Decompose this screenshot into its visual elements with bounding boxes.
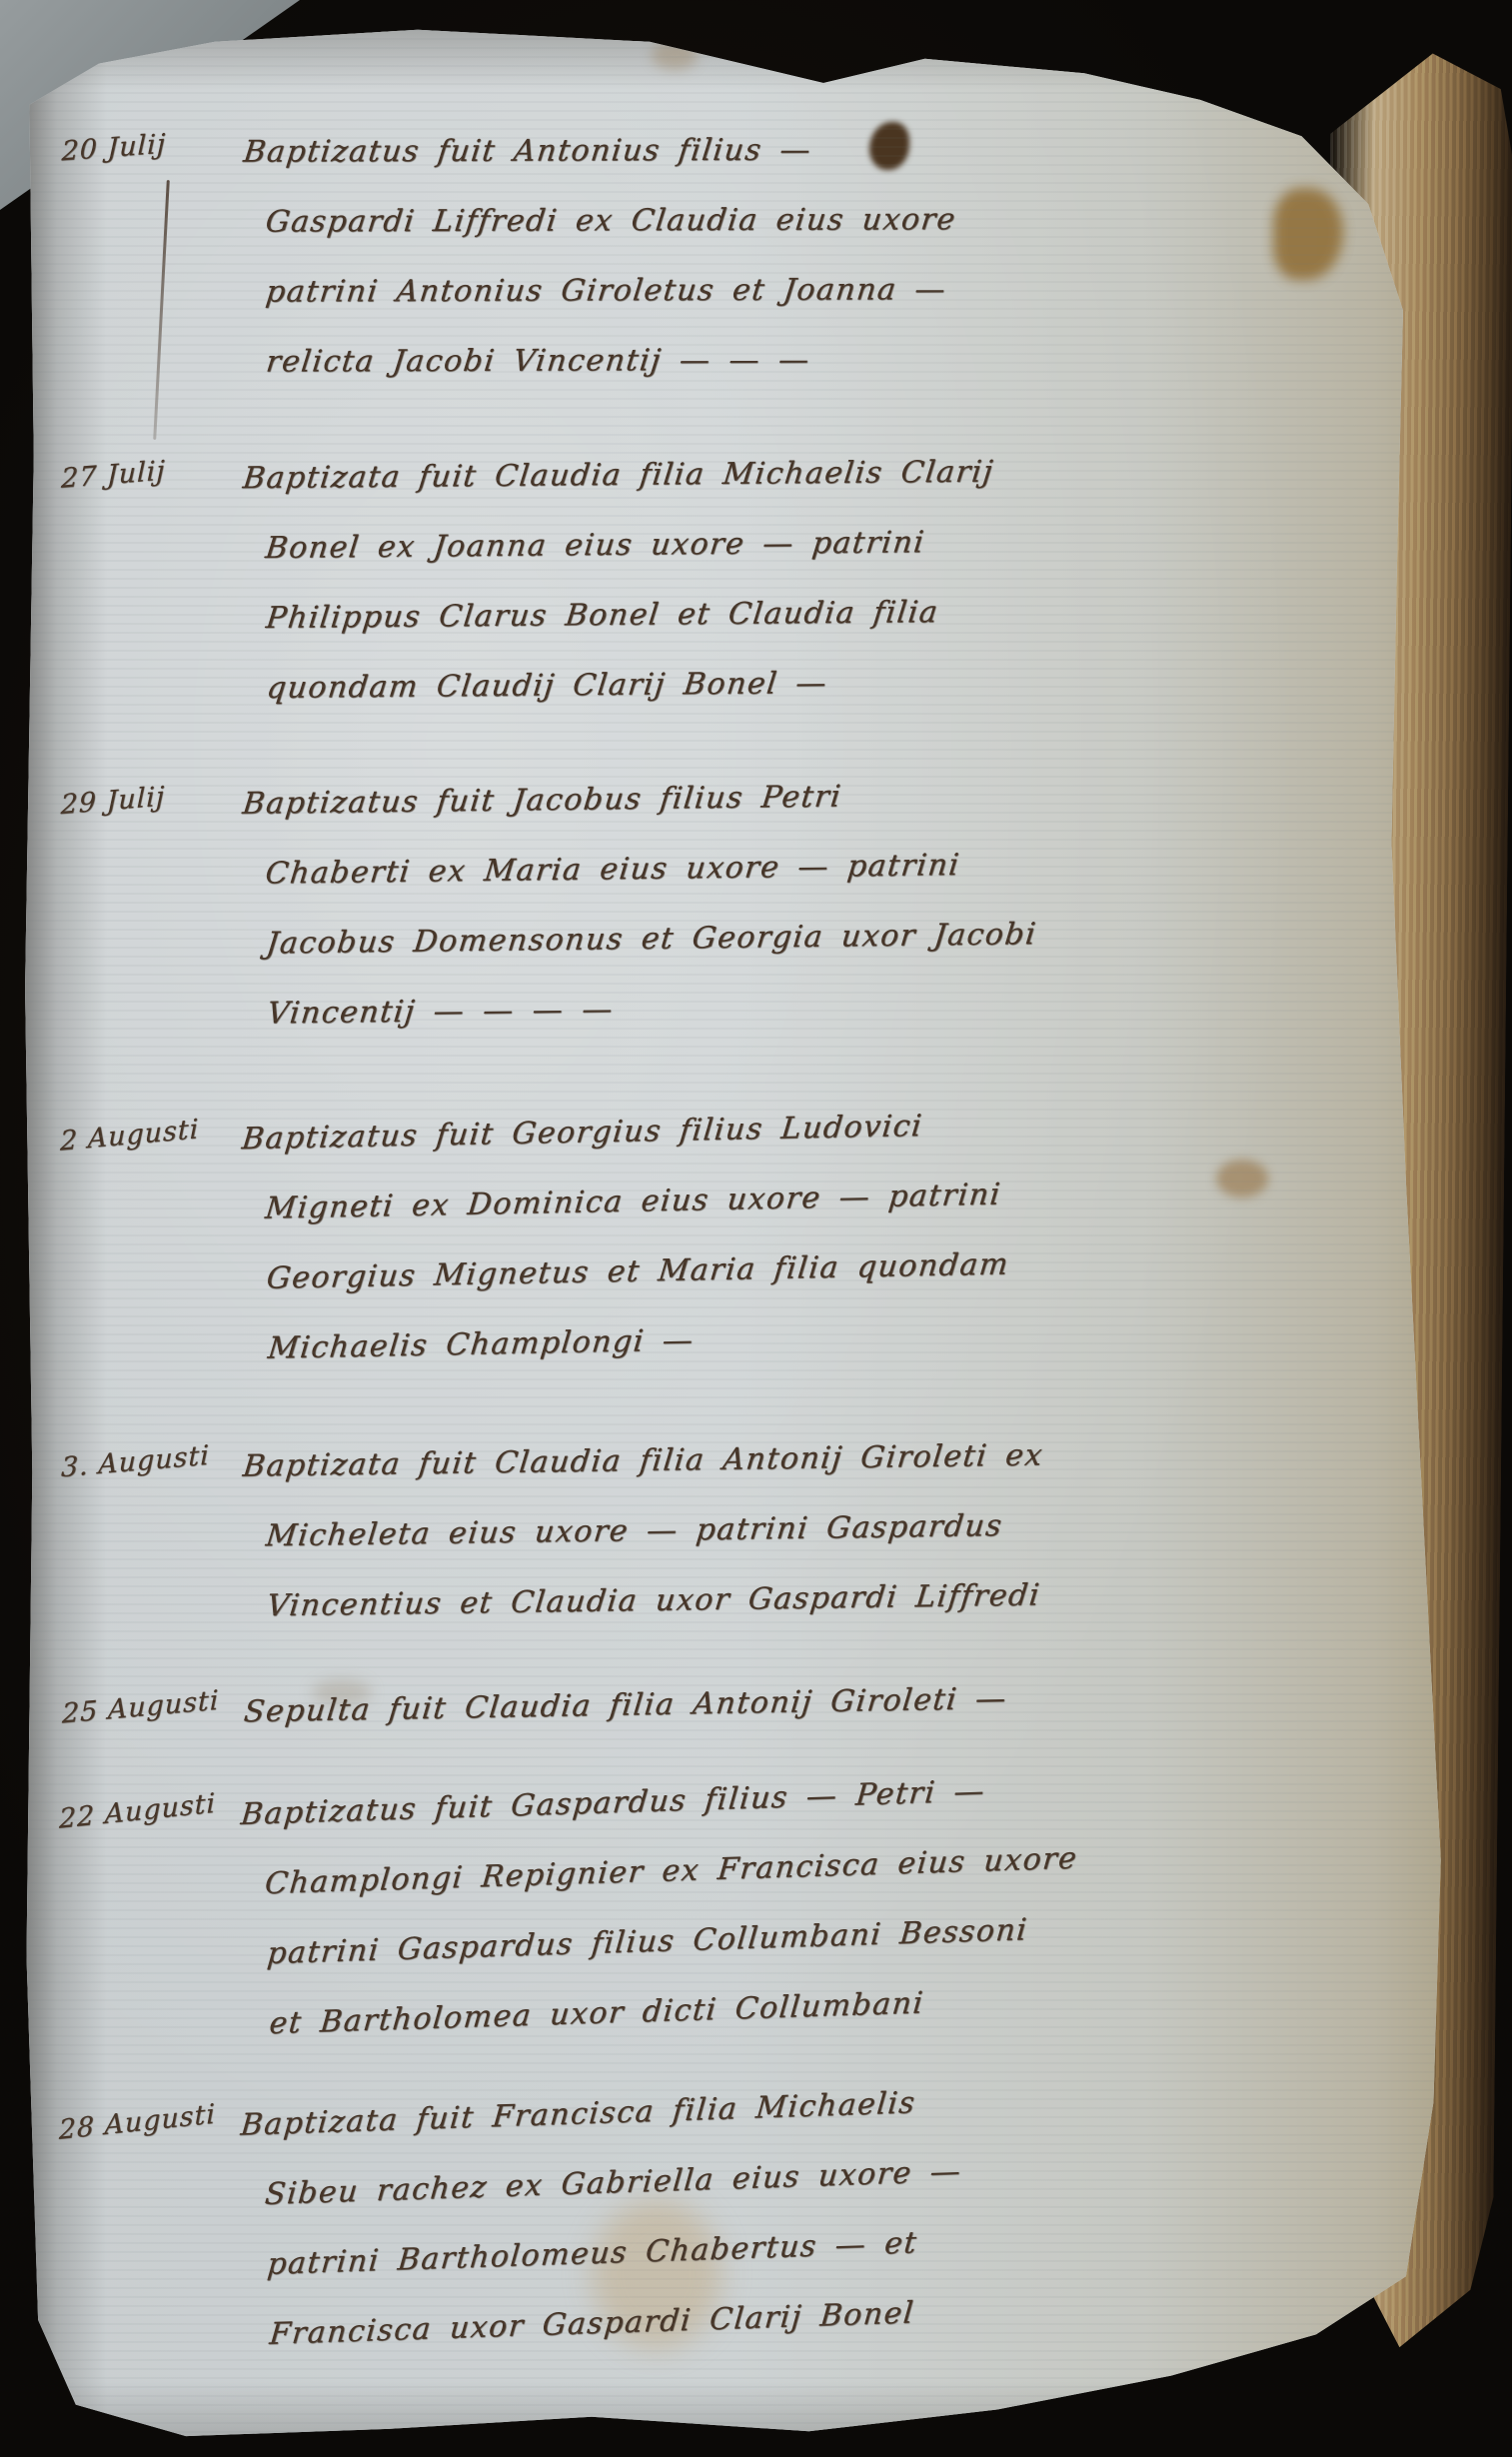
- register-entry: 27 Julij Baptizata fuit Claudia filia Mi…: [51, 434, 1382, 726]
- entry-date: 3. Augusti: [51, 1425, 243, 1484]
- register-entry: 22 Augusti Baptizatus fuit Gaspardus fil…: [48, 1744, 1385, 2066]
- entry-text: Baptizatus fuit Antonius filius —Gaspard…: [244, 114, 1382, 398]
- entry-date: 20 Julij: [51, 111, 244, 168]
- register-entry: 29 Julij Baptizatus fuit Jacobus filius …: [50, 756, 1382, 1052]
- register-entry: 3. Augusti Baptizata fuit Claudia filia …: [51, 1416, 1383, 1645]
- register-line: Gaspardi Liffredi ex Claudia eius uxore: [240, 184, 1385, 258]
- foxing-spot: [652, 40, 698, 70]
- register-line: Baptizatus fuit Antonius filius —: [239, 114, 1384, 188]
- entry-date: 22 Augusti: [49, 1773, 240, 1836]
- register-entry: 28 Augusti Baptizata fuit Francisca fili…: [48, 2053, 1386, 2377]
- entry-text: Sepulta fuit Claudia filia Antonij Girol…: [243, 1657, 1381, 1747]
- entry-text: Baptizata fuit Claudia filia Michaelis C…: [243, 434, 1382, 724]
- register-entry: 25 Augusti Sepulta fuit Claudia filia An…: [51, 1657, 1381, 1750]
- entry-date: 29 Julij: [50, 763, 242, 822]
- entry-date: 2 Augusti: [50, 1098, 242, 1158]
- register-line: Vincentius et Claudia uxor Gaspardi Liff…: [241, 1556, 1386, 1642]
- register-line: patrini Antonius Giroletus et Joanna —: [240, 254, 1385, 328]
- register-line: Sepulta fuit Claudia filia Antonij Girol…: [240, 1657, 1384, 1747]
- entry-date: 28 Augusti: [49, 2084, 240, 2147]
- entry-text: Baptizatus fuit Georgius filius Ludovici…: [241, 1083, 1383, 1384]
- register-entry: 2 Augusti Baptizatus fuit Georgius filiu…: [49, 1083, 1383, 1387]
- register-line: Bonel ex Joanna eius uxore — patrini: [240, 504, 1385, 584]
- entry-text: Baptizata fuit Claudia filia Antonij Gir…: [243, 1416, 1383, 1642]
- register-page: 20 Julij Baptizatus fuit Antonius filius…: [12, 20, 1461, 2441]
- entry-text: Baptizatus fuit Gaspardus filius — Petri…: [240, 1744, 1385, 2060]
- register-line: Philippus Clarus Bonel et Claudia filia: [240, 574, 1385, 654]
- register-line: Baptizata fuit Claudia filia Michaelis C…: [239, 434, 1384, 514]
- register-line: Vincentij — — — —: [241, 966, 1386, 1050]
- register-line: quondam Claudij Clarij Bonel —: [241, 644, 1386, 724]
- register-line: relicta Jacobi Vincentij — — —: [240, 324, 1385, 398]
- register-entry: 20 Julij Baptizatus fuit Antonius filius…: [52, 114, 1382, 399]
- entry-date: 27 Julij: [51, 437, 244, 495]
- entry-text: Baptizatus fuit Jacobus filius PetriChab…: [242, 756, 1382, 1050]
- manuscript-photo: 20 Julij Baptizatus fuit Antonius filius…: [0, 0, 1512, 2457]
- entry-date: 25 Augusti: [52, 1670, 244, 1730]
- register-entries: 20 Julij Baptizatus fuit Antonius filius…: [52, 116, 1381, 2399]
- entry-text: Baptizata fuit Francisca filia Michaelis…: [240, 2053, 1386, 2371]
